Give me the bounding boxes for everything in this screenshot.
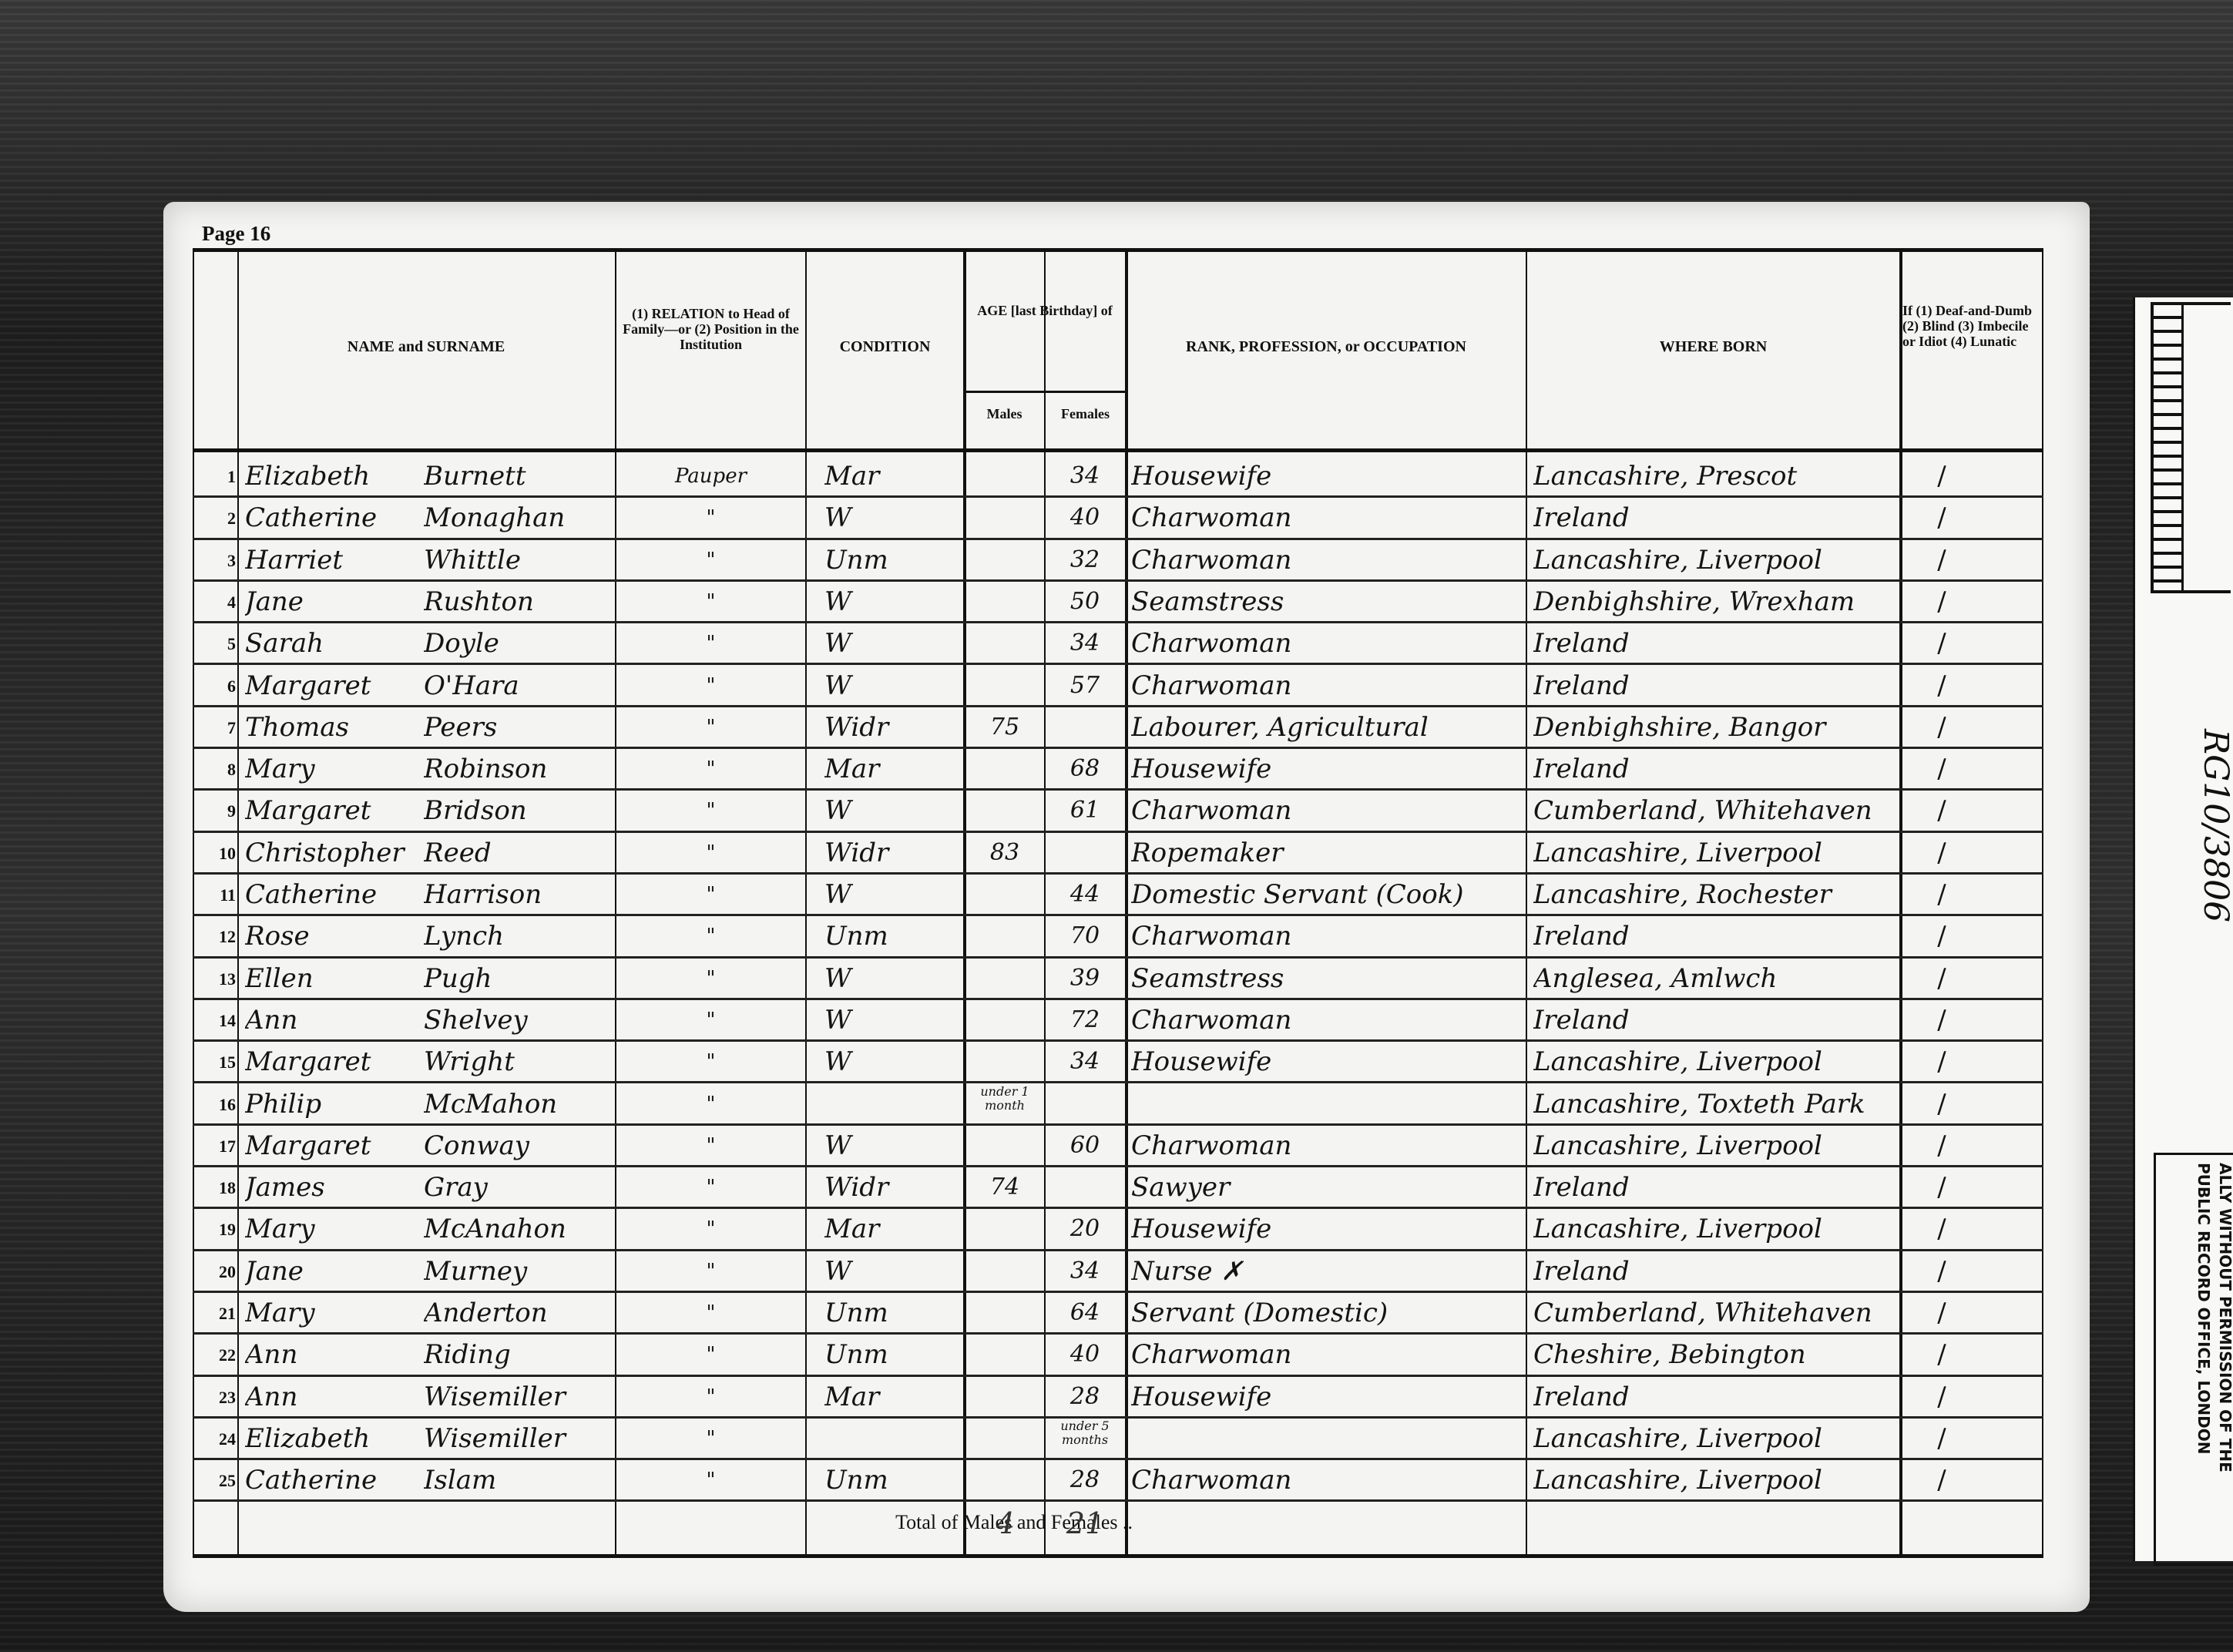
surname: Robinson xyxy=(424,751,613,787)
first-name: Elizabeth xyxy=(245,458,445,494)
infirmity-mark: / xyxy=(1903,710,1980,745)
relation: " xyxy=(616,793,805,828)
table-row: 23AnnWisemiller"Mar28HousewifeIreland/ xyxy=(193,1375,2043,1419)
surname: Riding xyxy=(424,1337,613,1372)
age-female xyxy=(1046,710,1123,745)
condition: W xyxy=(824,626,963,661)
infirmity-mark: / xyxy=(1903,1421,1980,1456)
infirmity-mark: / xyxy=(1903,584,1980,619)
infirmity-mark: / xyxy=(1903,500,1980,536)
first-name: Elizabeth xyxy=(245,1421,445,1456)
age-male: 83 xyxy=(966,835,1043,871)
relation: " xyxy=(616,1462,805,1498)
age-male xyxy=(966,668,1043,703)
relation: " xyxy=(616,1170,805,1205)
infirmity-mark: / xyxy=(1903,961,1980,996)
infirmity-mark: / xyxy=(1903,751,1980,787)
age-male xyxy=(966,751,1043,787)
table-row: 14AnnShelvey"W72CharwomanIreland/ xyxy=(193,998,2043,1042)
surname: McAnahon xyxy=(424,1211,613,1247)
occupation: Housewife xyxy=(1131,458,1524,494)
surname: Murney xyxy=(424,1254,613,1289)
surname: McMahon xyxy=(424,1086,613,1122)
occupation: Charwoman xyxy=(1131,500,1524,536)
surname: Harrison xyxy=(424,877,613,912)
surname: Wright xyxy=(424,1044,613,1080)
table-row: 20JaneMurney"W34Nurse ✗Ireland/ xyxy=(193,1249,2043,1293)
reference-number: RG10/3806 xyxy=(2158,729,2233,1114)
where-born: Lancashire, Liverpool xyxy=(1533,1421,1897,1456)
condition: Widr xyxy=(824,1170,963,1205)
first-name: Philip xyxy=(245,1086,445,1122)
surname: Shelvey xyxy=(424,1002,613,1038)
table-row: 4JaneRushton"W50SeamstressDenbighshire, … xyxy=(193,579,2043,623)
row-number: 18 xyxy=(193,1173,236,1204)
first-name: Jane xyxy=(245,1254,445,1289)
table-row: 1ElizabethBurnettPauperMar34HousewifeLan… xyxy=(193,454,2043,498)
occupation: Charwoman xyxy=(1131,793,1524,828)
condition: W xyxy=(824,1128,963,1163)
condition: W xyxy=(824,1254,963,1289)
occupation: Housewife xyxy=(1131,1044,1524,1080)
age-female: 70 xyxy=(1046,918,1123,954)
infirmity-mark: / xyxy=(1903,1379,1980,1415)
table-row: 16PhilipMcMahon"under 1 monthLancashire,… xyxy=(193,1082,2043,1126)
occupation: Ropemaker xyxy=(1131,835,1524,871)
infirmity-mark: / xyxy=(1903,1128,1980,1163)
row-number: 16 xyxy=(193,1090,236,1120)
surname: Reed xyxy=(424,835,613,871)
measurement-ruler xyxy=(2151,302,2231,593)
first-name: Margaret xyxy=(245,1044,445,1080)
age-female: 50 xyxy=(1046,584,1123,619)
age-female: 34 xyxy=(1046,626,1123,661)
first-name: Ann xyxy=(245,1379,445,1415)
table-row: 18JamesGray"Widr74SawyerIreland/ xyxy=(193,1165,2043,1209)
relation: " xyxy=(616,1211,805,1247)
relation: " xyxy=(616,751,805,787)
relation: " xyxy=(616,1044,805,1080)
condition: Widr xyxy=(824,710,963,745)
age-male xyxy=(966,584,1043,619)
condition: W xyxy=(824,668,963,703)
where-born: Lancashire, Rochester xyxy=(1533,877,1897,912)
first-name: Harriet xyxy=(245,542,445,578)
age-male xyxy=(966,793,1043,828)
age-male xyxy=(966,1211,1043,1247)
table-row: 15MargaretWright"W34HousewifeLancashire,… xyxy=(193,1039,2043,1083)
age-female: 57 xyxy=(1046,668,1123,703)
occupation xyxy=(1131,1086,1524,1122)
row-number: 3 xyxy=(193,546,236,576)
row-number: 4 xyxy=(193,587,236,618)
relation: " xyxy=(616,961,805,996)
age-female: 68 xyxy=(1046,751,1123,787)
age-male xyxy=(966,1128,1043,1163)
age-male xyxy=(966,626,1043,661)
age-female xyxy=(1046,835,1123,871)
relation: " xyxy=(616,1337,805,1372)
row-number: 5 xyxy=(193,629,236,660)
condition: Mar xyxy=(824,458,963,494)
occupation: Sawyer xyxy=(1131,1170,1524,1205)
first-name: Margaret xyxy=(245,793,445,828)
age-female: 40 xyxy=(1046,1337,1123,1372)
first-name: Thomas xyxy=(245,710,445,745)
where-born: Ireland xyxy=(1533,1002,1897,1038)
occupation: Charwoman xyxy=(1131,1002,1524,1038)
age-female: 61 xyxy=(1046,793,1123,828)
where-born: Lancashire, Liverpool xyxy=(1533,542,1897,578)
age-male xyxy=(966,961,1043,996)
table-row: 8MaryRobinson"Mar68HousewifeIreland/ xyxy=(193,747,2043,791)
infirmity-mark: / xyxy=(1903,668,1980,703)
relation: " xyxy=(616,1128,805,1163)
relation: " xyxy=(616,1254,805,1289)
surname: Bridson xyxy=(424,793,613,828)
where-born: Ireland xyxy=(1533,626,1897,661)
total-females: 21 xyxy=(1046,1506,1123,1540)
infirmity-mark: / xyxy=(1903,1462,1980,1498)
where-born: Ireland xyxy=(1533,918,1897,954)
age-female xyxy=(1046,1170,1123,1205)
table-row: 5SarahDoyle"W34CharwomanIreland/ xyxy=(193,621,2043,665)
occupation: Charwoman xyxy=(1131,1462,1524,1498)
table-row: 25CatherineIslam"Unm28CharwomanLancashir… xyxy=(193,1458,2043,1502)
row-number: 15 xyxy=(193,1047,236,1078)
infirmity-mark: / xyxy=(1903,626,1980,661)
condition: Mar xyxy=(824,1211,963,1247)
infirmity-mark: / xyxy=(1903,1211,1980,1247)
condition: Mar xyxy=(824,1379,963,1415)
relation: " xyxy=(616,584,805,619)
condition: W xyxy=(824,1044,963,1080)
age-female: 64 xyxy=(1046,1295,1123,1331)
relation: " xyxy=(616,877,805,912)
notice-line-1: ALLY WITHOUT PERMISSION OF THE xyxy=(2215,1163,2233,1563)
occupation: Housewife xyxy=(1131,1379,1524,1415)
table-row: 24ElizabethWisemiller"under 5 monthsLanc… xyxy=(193,1416,2043,1460)
first-name: James xyxy=(245,1170,445,1205)
age-female: 40 xyxy=(1046,500,1123,536)
surname: O'Hara xyxy=(424,668,613,703)
condition: W xyxy=(824,961,963,996)
table-row: 19MaryMcAnahon"Mar20HousewifeLancashire,… xyxy=(193,1207,2043,1251)
table-row: 21MaryAnderton"Unm64Servant (Domestic)Cu… xyxy=(193,1291,2043,1335)
surname: Lynch xyxy=(424,918,613,954)
age-male: 75 xyxy=(966,710,1043,745)
table-row: 22AnnRiding"Unm40CharwomanCheshire, Bebi… xyxy=(193,1332,2043,1376)
age-male xyxy=(966,877,1043,912)
surname: Peers xyxy=(424,710,613,745)
relation: " xyxy=(616,918,805,954)
row-number: 25 xyxy=(193,1466,236,1496)
infirmity-mark: / xyxy=(1903,918,1980,954)
surname: Wisemiller xyxy=(424,1379,613,1415)
age-subrule xyxy=(965,391,1125,393)
row-number: 20 xyxy=(193,1257,236,1288)
page-number: Page 16 xyxy=(202,222,270,246)
relation: " xyxy=(616,1379,805,1415)
first-name: Ellen xyxy=(245,961,445,996)
condition: Unm xyxy=(824,1337,963,1372)
occupation: Housewife xyxy=(1131,751,1524,787)
age-female: 39 xyxy=(1046,961,1123,996)
where-born: Cumberland, Whitehaven xyxy=(1533,1295,1897,1331)
census-table: NAME and SURNAME (1) RELATION to Head of… xyxy=(193,248,2043,1558)
row-number: 9 xyxy=(193,796,236,827)
condition: Unm xyxy=(824,542,963,578)
occupation: Charwoman xyxy=(1131,626,1524,661)
relation: " xyxy=(616,1295,805,1331)
condition: W xyxy=(824,584,963,619)
table-row: 17MargaretConway"W60CharwomanLancashire,… xyxy=(193,1123,2043,1167)
first-name: Catherine xyxy=(245,877,445,912)
occupation: Labourer, Agricultural xyxy=(1131,710,1524,745)
table-row: 10ChristopherReed"Widr83RopemakerLancash… xyxy=(193,831,2043,875)
row-number: 21 xyxy=(193,1298,236,1329)
relation: " xyxy=(616,710,805,745)
age-male: under 1 month xyxy=(966,1085,1043,1123)
surname: Doyle xyxy=(424,626,613,661)
where-born: Ireland xyxy=(1533,1254,1897,1289)
where-born: Lancashire, Liverpool xyxy=(1533,1044,1897,1080)
row-number: 6 xyxy=(193,671,236,702)
surname: Wisemiller xyxy=(424,1421,613,1456)
age-male xyxy=(966,1254,1043,1289)
surname: Pugh xyxy=(424,961,613,996)
occupation: Seamstress xyxy=(1131,961,1524,996)
infirmity-mark: / xyxy=(1903,1337,1980,1372)
condition: W xyxy=(824,877,963,912)
age-male xyxy=(966,1337,1043,1372)
row-number: 2 xyxy=(193,503,236,534)
infirmity-mark: / xyxy=(1903,1044,1980,1080)
occupation: Domestic Servant (Cook) xyxy=(1131,877,1524,912)
first-name: Margaret xyxy=(245,668,445,703)
age-male xyxy=(966,918,1043,954)
first-name: Sarah xyxy=(245,626,445,661)
surname: Gray xyxy=(424,1170,613,1205)
occupation: Charwoman xyxy=(1131,918,1524,954)
where-born: Ireland xyxy=(1533,751,1897,787)
where-born: Anglesea, Amlwch xyxy=(1533,961,1897,996)
surname: Islam xyxy=(424,1462,613,1498)
first-name: Jane xyxy=(245,584,445,619)
header-name: NAME and SURNAME xyxy=(237,338,615,355)
age-male xyxy=(966,1462,1043,1498)
infirmity-mark: / xyxy=(1903,1254,1980,1289)
condition xyxy=(824,1086,963,1122)
occupation: Housewife xyxy=(1131,1211,1524,1247)
where-born: Lancashire, Liverpool xyxy=(1533,1462,1897,1498)
occupation: Nurse ✗ xyxy=(1131,1254,1524,1289)
age-female: 28 xyxy=(1046,1379,1123,1415)
age-male xyxy=(966,500,1043,536)
first-name: Margaret xyxy=(245,1128,445,1163)
table-row: 11CatherineHarrison"W44Domestic Servant … xyxy=(193,872,2043,916)
row-number: 23 xyxy=(193,1382,236,1413)
where-born: Ireland xyxy=(1533,1379,1897,1415)
archive-margin-strip: RG10/3806 ALLY WITHOUT PERMISSION OF THE… xyxy=(2133,297,2233,1561)
age-female: 28 xyxy=(1046,1462,1123,1498)
age-male xyxy=(966,1044,1043,1080)
first-name: Catherine xyxy=(245,1462,445,1498)
where-born: Denbighshire, Bangor xyxy=(1533,710,1897,745)
condition: W xyxy=(824,793,963,828)
age-female: 34 xyxy=(1046,1044,1123,1080)
table-row: 7ThomasPeers"Widr75Labourer, Agricultura… xyxy=(193,705,2043,749)
occupation xyxy=(1131,1421,1524,1456)
occupation: Charwoman xyxy=(1131,668,1524,703)
surname: Monaghan xyxy=(424,500,613,536)
infirmity-mark: / xyxy=(1903,1086,1980,1122)
where-born: Ireland xyxy=(1533,668,1897,703)
table-row: 6MargaretO'Hara"W57CharwomanIreland/ xyxy=(193,663,2043,707)
age-female xyxy=(1046,1086,1123,1122)
condition: Mar xyxy=(824,751,963,787)
age-female: 20 xyxy=(1046,1211,1123,1247)
census-page: Page 16 NAME and SURNAME (1) RELATION to… xyxy=(163,202,2090,1612)
relation: " xyxy=(616,1421,805,1456)
occupation: Seamstress xyxy=(1131,584,1524,619)
relation: " xyxy=(616,668,805,703)
header-age-females: Females xyxy=(1046,406,1125,421)
infirmity-mark: / xyxy=(1903,835,1980,871)
occupation: Charwoman xyxy=(1131,1128,1524,1163)
header-rule xyxy=(193,448,2043,452)
condition: W xyxy=(824,500,963,536)
infirmity-mark: / xyxy=(1903,1002,1980,1038)
condition: Unm xyxy=(824,918,963,954)
relation: " xyxy=(616,626,805,661)
first-name: Catherine xyxy=(245,500,445,536)
where-born: Cheshire, Bebington xyxy=(1533,1337,1897,1372)
age-male xyxy=(966,1295,1043,1331)
where-born: Lancashire, Liverpool xyxy=(1533,1128,1897,1163)
first-name: Ann xyxy=(245,1337,445,1372)
row-number: 12 xyxy=(193,922,236,952)
total-males: 4 xyxy=(967,1506,1044,1540)
row-number: 19 xyxy=(193,1214,236,1245)
infirmity-mark: / xyxy=(1903,1295,1980,1331)
header-occupation: RANK, PROFESSION, or OCCUPATION xyxy=(1127,338,1526,355)
header-condition: CONDITION xyxy=(807,338,963,355)
notice-line-2: PUBLIC RECORD OFFICE, LONDON xyxy=(2193,1163,2215,1563)
header-where-born: WHERE BORN xyxy=(1527,338,1899,355)
first-name: Ann xyxy=(245,1002,445,1038)
header-age: AGE [last Birthday] of xyxy=(965,303,1125,318)
age-female: 60 xyxy=(1046,1128,1123,1163)
age-female: 44 xyxy=(1046,877,1123,912)
where-born: Lancashire, Toxteth Park xyxy=(1533,1086,1897,1122)
first-name: Mary xyxy=(245,1211,445,1247)
occupation: Charwoman xyxy=(1131,542,1524,578)
where-born: Ireland xyxy=(1533,500,1897,536)
surname: Whittle xyxy=(424,542,613,578)
row-number: 22 xyxy=(193,1340,236,1371)
first-name: Mary xyxy=(245,751,445,787)
relation: " xyxy=(616,1002,805,1038)
table-row: 3HarrietWhittle"Unm32CharwomanLancashire… xyxy=(193,538,2043,582)
surname: Anderton xyxy=(424,1295,613,1331)
age-male xyxy=(966,1421,1043,1456)
occupation: Charwoman xyxy=(1131,1337,1524,1372)
header-age-males: Males xyxy=(965,406,1044,421)
occupation: Servant (Domestic) xyxy=(1131,1295,1524,1331)
age-male xyxy=(966,458,1043,494)
infirmity-mark: / xyxy=(1903,793,1980,828)
age-female: 34 xyxy=(1046,1254,1123,1289)
first-name: Christopher xyxy=(245,835,445,871)
infirmity-mark: / xyxy=(1903,458,1980,494)
age-male xyxy=(966,542,1043,578)
relation: " xyxy=(616,1086,805,1122)
where-born: Cumberland, Whitehaven xyxy=(1533,793,1897,828)
row-number: 14 xyxy=(193,1006,236,1036)
age-male xyxy=(966,1002,1043,1038)
row-number: 11 xyxy=(193,880,236,911)
where-born: Lancashire, Liverpool xyxy=(1533,835,1897,871)
where-born: Lancashire, Liverpool xyxy=(1533,1211,1897,1247)
relation: " xyxy=(616,542,805,578)
row-number: 10 xyxy=(193,838,236,869)
where-born: Ireland xyxy=(1533,1170,1897,1205)
relation: Pauper xyxy=(616,458,805,494)
table-row: 13EllenPugh"W39SeamstressAnglesea, Amlwc… xyxy=(193,956,2043,1000)
row-number: 24 xyxy=(193,1424,236,1455)
age-male: 74 xyxy=(966,1170,1043,1205)
where-born: Lancashire, Prescot xyxy=(1533,458,1897,494)
header-infirmity: If (1) Deaf-and-Dumb (2) Blind (3) Imbec… xyxy=(1902,303,2041,349)
row-number: 17 xyxy=(193,1131,236,1162)
condition: Unm xyxy=(824,1462,963,1498)
row-number: 13 xyxy=(193,964,236,995)
table-row: 12RoseLynch"Unm70CharwomanIreland/ xyxy=(193,914,2043,958)
condition xyxy=(824,1421,963,1456)
row-number: 1 xyxy=(193,462,236,492)
age-male xyxy=(966,1379,1043,1415)
copyright-notice: ALLY WITHOUT PERMISSION OF THE PUBLIC RE… xyxy=(2154,1153,2233,1566)
surname: Burnett xyxy=(424,458,613,494)
first-name: Rose xyxy=(245,918,445,954)
table-row: 9MargaretBridson"W61CharwomanCumberland,… xyxy=(193,788,2043,832)
table-row: 2CatherineMonaghan"W40CharwomanIreland/ xyxy=(193,495,2043,539)
totals-row: Total of Males and Females .. 4 21 xyxy=(193,1500,2043,1551)
infirmity-mark: / xyxy=(1903,1170,1980,1205)
where-born: Denbighshire, Wrexham xyxy=(1533,584,1897,619)
header-relation: (1) RELATION to Head of Family—or (2) Po… xyxy=(616,306,805,352)
condition: Widr xyxy=(824,835,963,871)
row-number: 8 xyxy=(193,754,236,785)
first-name: Mary xyxy=(245,1295,445,1331)
age-female: 72 xyxy=(1046,1002,1123,1038)
row-number: 7 xyxy=(193,713,236,744)
age-female: 32 xyxy=(1046,542,1123,578)
age-female: under 5 months xyxy=(1046,1419,1123,1458)
condition: Unm xyxy=(824,1295,963,1331)
surname: Rushton xyxy=(424,584,613,619)
surname: Conway xyxy=(424,1128,613,1163)
infirmity-mark: / xyxy=(1903,877,1980,912)
relation: " xyxy=(616,500,805,536)
age-female: 34 xyxy=(1046,458,1123,494)
infirmity-mark: / xyxy=(1903,542,1980,578)
relation: " xyxy=(616,835,805,871)
condition: W xyxy=(824,1002,963,1038)
